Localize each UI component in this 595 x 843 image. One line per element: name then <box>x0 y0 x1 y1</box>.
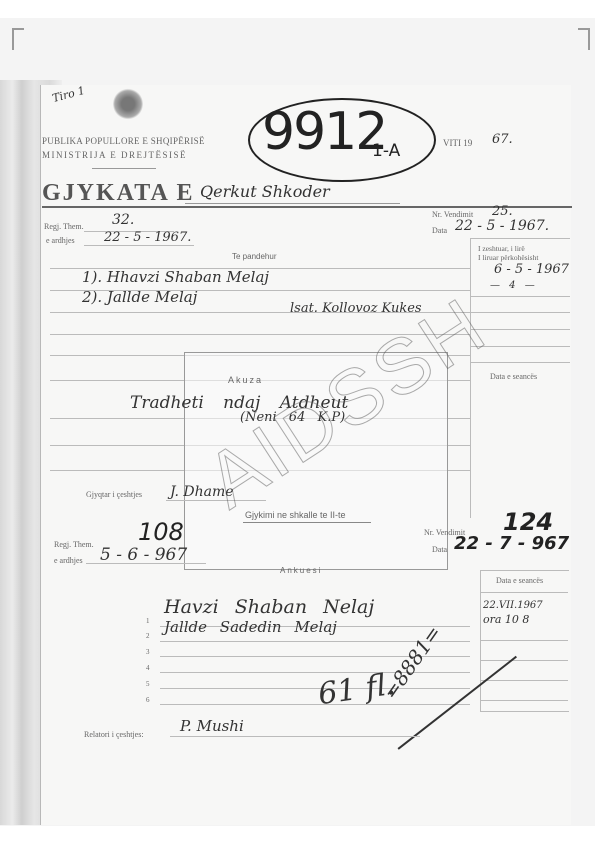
scan-corner-mark <box>12 28 24 50</box>
decision-date-label: Data <box>432 226 447 235</box>
release-label-1: I zeshtuar, i lirë <box>478 244 525 253</box>
release-value: 6 - 5 - 1967 <box>494 262 569 277</box>
file-number: 9912 <box>262 102 386 162</box>
accusation-title: Akuza <box>228 375 263 385</box>
court-name: Qerkut Shkoder <box>200 182 330 201</box>
appellant-num: 4 <box>146 664 150 672</box>
arrival-value-2: 5 - 6 - 967 <box>100 545 187 565</box>
accused-title: Te pandehur <box>232 252 276 261</box>
year-label: VITI 19 <box>443 138 472 148</box>
appellant-num: 2 <box>146 632 150 640</box>
decision-date-value: 22 - 5 - 1967. <box>455 218 549 234</box>
appellant-num: 5 <box>146 680 150 688</box>
appellant-name: Havzi Shaban Nelaj <box>164 596 374 618</box>
file-number-suffix: 1-A <box>372 141 400 161</box>
arrival-value: 22 - 5 - 1967. <box>104 230 191 245</box>
year-value: 67. <box>492 132 513 147</box>
ministry-heading: MINISTRIJA E DREJTËSISË <box>42 150 187 160</box>
decision-no-value: 25. <box>492 204 513 219</box>
scan-corner-mark <box>578 28 590 50</box>
appellants-title: Ankuesi <box>280 566 322 575</box>
arrival-label: e ardhjes <box>46 236 75 245</box>
appellant-name: Jallde Sadedin Melaj <box>164 618 337 636</box>
appellant-num: 1 <box>146 617 150 625</box>
session-date: 22.VII.1967 <box>483 600 543 611</box>
republic-heading: PUBLIKA POPULLORE E SHQIPËRISË <box>42 136 205 146</box>
decision-date-value-2: 22 - 7 - 967 <box>454 533 569 554</box>
state-emblem-icon <box>113 88 143 120</box>
appellant-num: 3 <box>146 648 150 656</box>
session-label-2: Data e seancës <box>496 576 543 585</box>
reg-value-2: 108 <box>138 518 184 546</box>
reg-label: Regj. Them. <box>44 222 84 231</box>
reg-value: 32. <box>112 212 134 228</box>
session-label-1: Data e seancës <box>490 372 537 381</box>
arrival-label-2: e ardhjes <box>54 556 83 565</box>
release-mark: — 4 — <box>490 280 538 291</box>
session-time: ora 10 8 <box>483 613 529 626</box>
reg-label-2: Regj. Them. <box>54 540 94 549</box>
judge-label: Gjyqtar i çeshtjes <box>86 490 142 499</box>
court-label: GJYKATA E <box>42 180 194 207</box>
rapporteur-label: Relatori i çeshtjes: <box>84 730 144 739</box>
decision-date-label-2: Data <box>432 545 447 554</box>
decision-no-value-2: 124 <box>503 508 553 536</box>
release-label-2: I liruar përkohësisht <box>478 253 538 262</box>
accused-1: 1). Hhavzi Shaban Melaj <box>82 268 269 286</box>
appellant-num: 6 <box>146 696 150 704</box>
rapporteur-value: P. Mushi <box>180 717 244 735</box>
